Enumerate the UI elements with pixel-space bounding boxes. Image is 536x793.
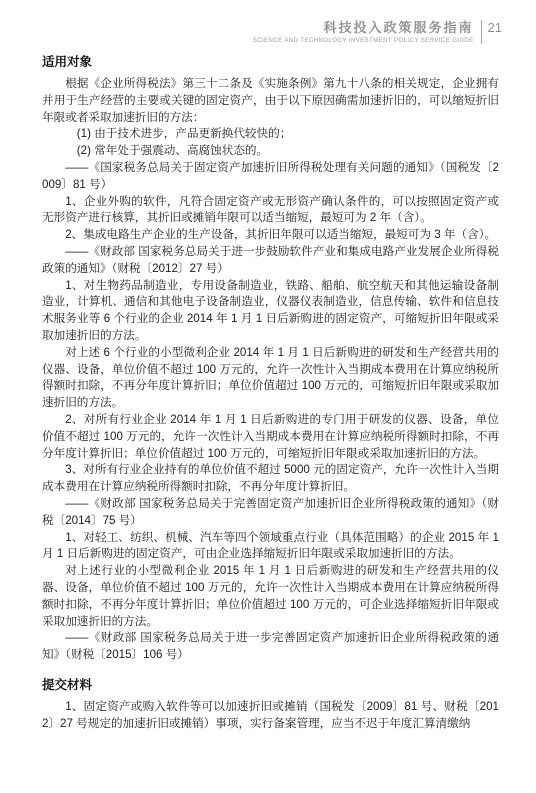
paragraph: 2、集成电路生产企业的生产设备，其折旧年限可以适当缩短，最短可为 3 年（含）。: [42, 227, 499, 244]
paragraph: 对上述 6 个行业的小型微利企业 2014 年 1 月 1 日后新购进的研发和生…: [42, 345, 499, 412]
citation-paragraph: ——《国家税务总局关于固定资产加速折旧所得税处理有关问题的通知》（国税发〔200…: [42, 160, 499, 194]
document-page: 科技投入政策服务指南 SCIENCE AND TECHNOLOGY INVEST…: [0, 0, 536, 793]
paragraph: 对上述行业的小型微利企业 2015 年 1 月 1 日后新购进的研发和生产经营共…: [42, 563, 499, 630]
paragraph: 3、对所有行业企业持有的单位价值不超过 5000 元的固定资产，允许一次性计入当…: [42, 462, 499, 496]
section-heading: 适用对象: [42, 54, 499, 71]
citation-paragraph: ——《财政部 国家税务总局关于进一步完善固定资产加速折旧企业所得税政策的通知》（…: [42, 630, 499, 664]
section-heading: 提交材料: [42, 677, 499, 694]
section-submission-materials: 提交材料 1、固定资产或购入软件等可以加速折旧或摊销（国税发〔2009〕81 号…: [42, 677, 499, 733]
list-item: (1) 由于技术进步，产品更新换代较快的；: [42, 126, 499, 143]
citation-paragraph: ——《财政部 国家税务总局关于进一步鼓励软件产业和集成电路产业发展企业所得税政策…: [42, 244, 499, 278]
document-body: 适用对象 根据《企业所得税法》第三十二条及《实施条例》第九十八条的相关规定，企业…: [42, 54, 499, 732]
header-divider: [481, 20, 482, 44]
page-number: 21: [488, 20, 502, 36]
paragraph: 2、对所有行业企业 2014 年 1 月 1 日后新购进的专门用于研发的仪器、设…: [42, 412, 499, 462]
citation-paragraph: ——《财政部 国家税务总局关于完善固定资产加速折旧企业所得税政策的通知》（财税〔…: [42, 496, 499, 530]
paragraph: 1、对轻工、纺织、机械、汽车等四个领域重点行业（具体范围略）的企业 2015 年…: [42, 530, 499, 564]
paragraph: 1、企业外购的软件，凡符合固定资产或无形资产确认条件的，可以按照固定资产或无形资…: [42, 194, 499, 228]
section-applicable-targets: 适用对象 根据《企业所得税法》第三十二条及《实施条例》第九十八条的相关规定，企业…: [42, 54, 499, 664]
header-titles: 科技投入政策服务指南 SCIENCE AND TECHNOLOGY INVEST…: [253, 20, 474, 44]
paragraph: 1、固定资产或购入软件等可以加速折旧或摊销（国税发〔2009〕81 号、财税〔2…: [42, 699, 499, 733]
paragraph: 根据《企业所得税法》第三十二条及《实施条例》第九十八条的相关规定，企业拥有并用于…: [42, 76, 499, 126]
guide-title: 科技投入政策服务指南: [324, 20, 474, 36]
paragraph: 1、对生物药品制造业，专用设备制造业，铁路、船舶、航空航天和其他运输设备制造业，…: [42, 278, 499, 345]
list-item: (2) 常年处于强震动、高腐蚀状态的。: [42, 143, 499, 160]
page-header: 科技投入政策服务指南 SCIENCE AND TECHNOLOGY INVEST…: [253, 20, 502, 44]
guide-subtitle-en: SCIENCE AND TECHNOLOGY INVESTMENT POLICY…: [253, 38, 474, 44]
